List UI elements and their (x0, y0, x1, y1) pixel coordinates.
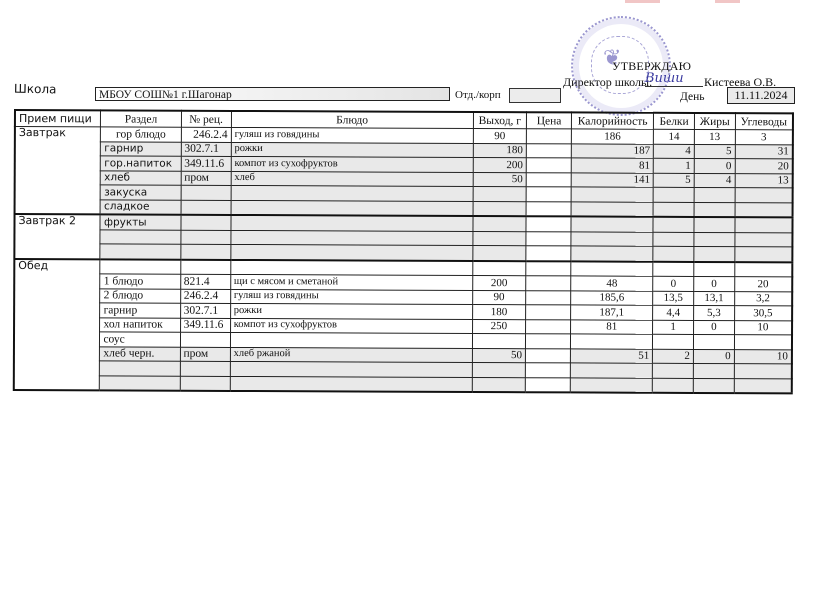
cell-section: 2 блюдо (100, 288, 180, 303)
cell-carbs (734, 378, 792, 393)
cell-output: 90 (473, 129, 527, 144)
cell-price (526, 158, 571, 173)
col-header-recipe: № рец. (181, 111, 231, 128)
meal-name: Завтрак (15, 127, 101, 215)
cell-price (526, 319, 571, 334)
cell-recipe (180, 259, 230, 274)
cell-section: закуска (101, 185, 181, 200)
cell-price (526, 201, 571, 216)
cell-recipe (180, 244, 230, 259)
cell-carbs: 3 (735, 130, 793, 145)
cell-fat (694, 187, 735, 202)
cell-output (472, 363, 526, 378)
cell-recipe: 349.11.6 (180, 318, 230, 333)
cell-carbs: 20 (735, 159, 793, 174)
cell-price (526, 129, 571, 144)
cell-output (472, 246, 526, 261)
cell-section: сладкое (101, 199, 181, 214)
cell-calories (571, 216, 653, 231)
menu-body: Завтракгор блюдо246.2.4гуляш из говядины… (14, 127, 793, 394)
cell-recipe (180, 361, 230, 376)
cell-calories (571, 334, 653, 349)
cell-output (473, 187, 527, 202)
cell-calories: 187,1 (571, 305, 653, 320)
cell-fat (693, 363, 734, 378)
cell-calories (570, 377, 652, 392)
cell-dish (231, 200, 473, 216)
cell-protein: 14 (654, 129, 695, 144)
cell-calories: 51 (570, 348, 652, 363)
cell-price (526, 143, 571, 158)
cell-fat: 13 (694, 129, 735, 144)
col-header-output: Выход, г (473, 112, 527, 129)
scan-mark (625, 0, 660, 3)
cell-calories (570, 363, 652, 378)
col-header-price: Цена (527, 112, 572, 129)
cell-carbs: 13 (735, 173, 793, 188)
cell-dish: хлеб (231, 171, 473, 187)
cell-section (100, 244, 180, 259)
cell-recipe (181, 215, 231, 230)
cell-carbs (735, 202, 793, 217)
col-header-protein: Белки (654, 113, 695, 130)
scan-mark (715, 0, 740, 3)
cell-recipe (180, 230, 230, 245)
cell-recipe: 246.2.4 (180, 289, 230, 304)
cell-protein: 1 (653, 320, 694, 335)
cell-protein (653, 232, 694, 247)
cell-recipe: 302.7.1 (180, 303, 230, 318)
col-header-carbs: Углеводы (735, 113, 793, 130)
cell-fat (693, 334, 734, 349)
cell-protein (653, 334, 694, 349)
cell-calories: 48 (571, 276, 653, 291)
cell-section: хлеб черн. (100, 346, 180, 361)
cell-protein (653, 378, 694, 393)
cell-output: 180 (472, 305, 526, 320)
cell-fat: 13,1 (694, 291, 735, 306)
cell-recipe: пром (181, 171, 231, 186)
cell-recipe (180, 332, 230, 347)
cell-price (526, 290, 571, 305)
cell-fat (694, 232, 735, 247)
meal-name: Завтрак 2 (14, 214, 100, 259)
day-label: День (680, 91, 705, 103)
cell-fat: 4 (694, 173, 735, 188)
cell-dish (231, 215, 473, 231)
cell-carbs: 30,5 (734, 306, 792, 321)
cell-price (526, 276, 571, 291)
cell-dish: компот из сухофруктов (230, 318, 472, 334)
cell-carbs (734, 247, 792, 262)
cell-calories: 187 (571, 143, 653, 158)
cell-carbs (735, 232, 793, 247)
cell-protein (653, 202, 694, 217)
cell-price (526, 305, 571, 320)
cell-section: соус (100, 332, 180, 347)
cell-fat: 0 (693, 349, 734, 364)
cell-output: 50 (473, 172, 527, 187)
cell-price (526, 246, 571, 261)
cell-price (526, 231, 571, 246)
cell-output: 180 (473, 143, 527, 158)
cell-dish: хлеб ржаной (230, 347, 472, 363)
cell-protein: 5 (653, 173, 694, 188)
cell-carbs: 31 (735, 144, 793, 159)
dept-field[interactable] (509, 88, 561, 103)
cell-carbs (734, 335, 792, 350)
cell-protein (653, 261, 694, 276)
cell-protein: 13,5 (653, 291, 694, 306)
cell-dish (231, 230, 473, 246)
cell-dish: рожки (230, 303, 472, 319)
cell-calories: 81 (571, 158, 653, 173)
cell-price (526, 261, 571, 276)
cell-fat: 0 (694, 276, 735, 291)
cell-calories: 186 (571, 129, 653, 144)
cell-section: гарнир (101, 141, 181, 156)
table-row (14, 375, 792, 393)
cell-protein (653, 217, 694, 232)
cell-output: 50 (472, 348, 526, 363)
cell-output: 250 (472, 319, 526, 334)
school-field[interactable]: МБОУ СОШ№1 г.Шагонар (95, 87, 450, 101)
cell-fat: 0 (694, 158, 735, 173)
cell-section: гарнир (100, 303, 180, 318)
cell-dish: рожки (231, 142, 473, 158)
cell-output (473, 216, 527, 231)
cell-recipe: 349.11.6 (181, 156, 231, 171)
cell-fat (694, 246, 735, 261)
cell-carbs: 3,2 (734, 291, 792, 306)
cell-protein (653, 246, 694, 261)
cell-section (100, 361, 180, 376)
cell-dish: щи с мясом и сметаной (230, 274, 472, 290)
cell-section (100, 375, 180, 390)
col-header-fat: Жиры (694, 113, 735, 130)
cell-section (100, 259, 180, 274)
cell-carbs (734, 364, 792, 379)
director-signature: Виши (645, 72, 703, 87)
cell-calories: 141 (571, 172, 653, 187)
cell-fat (694, 202, 735, 217)
cell-recipe: пром (180, 347, 230, 362)
cell-dish (230, 361, 472, 377)
cell-carbs: 10 (734, 349, 792, 364)
cell-recipe: 246.2.4 (181, 127, 231, 142)
school-label: Школа (14, 82, 57, 97)
cell-protein: 2 (653, 349, 694, 364)
cell-dish (231, 185, 473, 201)
cell-recipe: 302.7.1 (181, 142, 231, 157)
cell-dish (230, 259, 472, 275)
cell-output (472, 334, 526, 349)
cell-protein: 1 (654, 158, 695, 173)
cell-calories: 185,6 (571, 290, 653, 305)
cell-section: гор.напиток (101, 156, 181, 171)
cell-protein: 0 (653, 276, 694, 291)
cell-calories (571, 187, 653, 202)
cell-price (526, 348, 571, 363)
cell-output (472, 377, 526, 392)
cell-section: 1 блюдо (100, 274, 180, 289)
cell-fat: 5 (694, 144, 735, 159)
cell-price (525, 363, 570, 378)
cell-recipe: 821.4 (180, 274, 230, 289)
cell-calories (571, 231, 653, 246)
cell-dish (231, 244, 473, 260)
dept-label: Отд./корп (455, 89, 501, 101)
cell-dish: гуляш из говядины (230, 289, 472, 305)
cell-output: 200 (473, 158, 527, 173)
cell-carbs: 10 (734, 320, 792, 335)
col-header-meal: Прием пищи (15, 110, 101, 127)
cell-price (526, 187, 571, 202)
cell-output: 90 (472, 290, 526, 305)
cell-calories (571, 201, 653, 216)
col-header-dish: Блюдо (231, 111, 473, 129)
cell-fat (694, 217, 735, 232)
cell-dish: гуляш из говядины (231, 127, 473, 143)
cell-calories (571, 261, 653, 276)
cell-calories: 81 (571, 319, 653, 334)
cell-fat: 5,3 (694, 305, 735, 320)
col-header-section: Раздел (101, 110, 181, 127)
cell-section: хлеб (101, 170, 181, 185)
cell-protein: 4 (654, 144, 695, 159)
cell-recipe (181, 200, 231, 215)
cell-output (473, 231, 527, 246)
cell-output (472, 261, 526, 276)
day-field[interactable]: 11.11.2024 (727, 87, 795, 104)
cell-protein (653, 187, 694, 202)
cell-price (525, 377, 570, 392)
cell-carbs (734, 262, 792, 277)
menu-table: Прием пищи Раздел № рец. Блюдо Выход, г … (13, 109, 794, 394)
cell-price (526, 334, 571, 349)
cell-section: гор блюдо (101, 127, 181, 142)
cell-output (473, 201, 527, 216)
cell-output: 200 (472, 276, 526, 291)
cell-dish (230, 332, 472, 348)
cell-calories (571, 246, 653, 261)
cell-fat (694, 261, 735, 276)
cell-protein (653, 363, 694, 378)
cell-dish: компот из сухофруктов (231, 156, 473, 172)
cell-carbs (735, 217, 793, 232)
cell-carbs (735, 188, 793, 203)
cell-protein: 4,4 (653, 305, 694, 320)
meal-name: Обед (14, 259, 101, 391)
cell-fat (693, 378, 734, 393)
cell-price (526, 216, 571, 231)
cell-recipe (181, 185, 231, 200)
cell-recipe (180, 376, 230, 391)
cell-dish (230, 376, 472, 392)
cell-fat: 0 (694, 320, 735, 335)
cell-section: хол напиток (100, 317, 180, 332)
cell-price (526, 172, 571, 187)
cell-section: фрукты (100, 214, 180, 229)
col-header-calories: Калорийность (571, 112, 653, 129)
cell-section (100, 229, 180, 244)
cell-carbs: 20 (734, 277, 792, 292)
director-label: Директор школы: (563, 75, 652, 90)
